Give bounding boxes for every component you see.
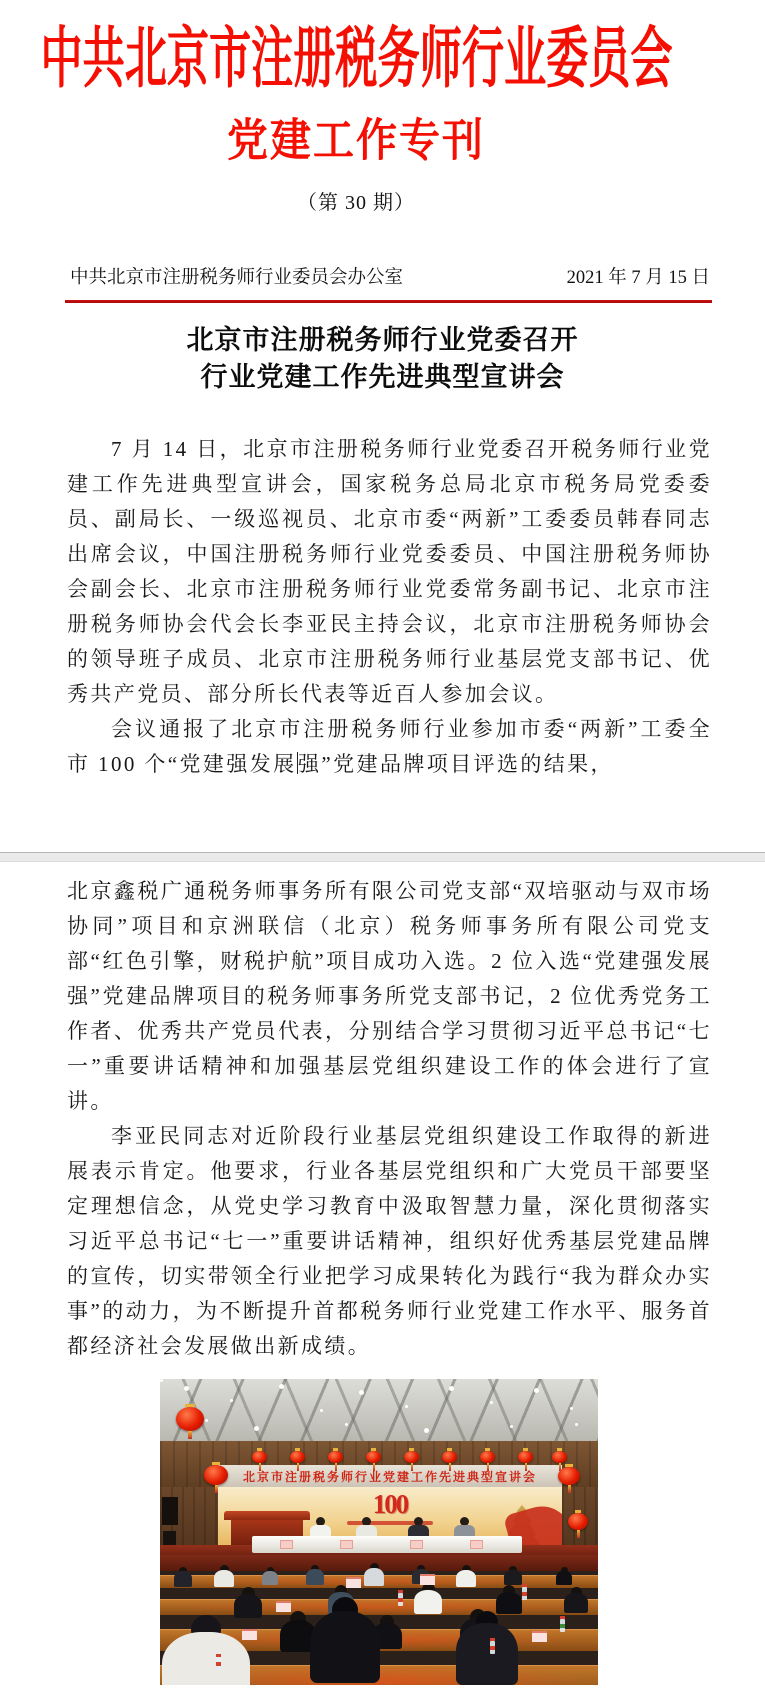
lantern-body [290, 1451, 305, 1463]
lantern-icon [366, 1451, 381, 1463]
lantern-icon [442, 1451, 457, 1463]
stage-name-card [410, 1540, 423, 1549]
lantern-body [480, 1451, 495, 1463]
document-page-2: 北京鑫税广通税务师事务所有限公司党支部“双培驱动与双市场协同”项目和京洲联信（北… [0, 874, 765, 1685]
lantern-body [552, 1451, 567, 1463]
bottle-label [522, 1592, 527, 1596]
conference-photo[interactable]: 北京市注册税务师行业党建工作先进典型宣讲会 100 [160, 1379, 598, 1685]
bottle-cap [216, 1654, 221, 1657]
publication-title-row: 党建工作专刊 [0, 114, 712, 166]
article-title[interactable]: 北京市注册税务师行业党委召开 行业党建工作先进典型宣讲会 [0, 322, 765, 396]
desk-name-card [276, 1601, 291, 1612]
lantern-body [558, 1467, 580, 1485]
speaker-box [162, 1497, 178, 1525]
publish-date[interactable]: 2021 年 7 月 15 日 [567, 263, 710, 289]
org-title-row: 中共北京市注册税务师行业委员会 [0, 22, 712, 100]
lantern-body [204, 1465, 228, 1485]
lantern-body [366, 1451, 381, 1463]
desk-name-card [346, 1577, 361, 1588]
masthead: 中共北京市注册税务师行业委员会 党建工作专刊 （第 30 期） [0, 0, 712, 215]
lantern-icon [568, 1513, 588, 1530]
bottle-label [398, 1598, 403, 1602]
audience-figure-body [162, 1632, 250, 1685]
audience-figure-body [414, 1590, 442, 1614]
photo-banner: 北京市注册税务师行业党建工作先进典型宣讲会 [218, 1465, 562, 1487]
bottle-label [216, 1662, 221, 1666]
lantern-body [568, 1513, 588, 1530]
stage-name-card [280, 1540, 293, 1549]
lantern-icon [480, 1451, 495, 1463]
audience-figure-body [214, 1570, 234, 1587]
bottle-cap [398, 1590, 403, 1593]
bottle-cap [490, 1638, 495, 1641]
audience-figure-body [364, 1568, 384, 1586]
stage-backdrop-screen: 北京市注册税务师行业党建工作先进典型宣讲会 100 [218, 1465, 562, 1547]
water-bottle [522, 1587, 527, 1600]
office-date-row: 中共北京市注册税务师行业委员会办公室 2021 年 7 月 15 日 [0, 263, 765, 289]
audience-figure-body [504, 1570, 522, 1585]
lantern-body [252, 1451, 267, 1463]
wooden-desk-row [160, 1599, 598, 1615]
audience-figure-body [456, 1570, 476, 1587]
ceiling-lights [160, 1379, 163, 1382]
issue-number[interactable]: （第 30 期） [0, 186, 712, 215]
desk-name-card [242, 1629, 257, 1640]
lantern-icon [404, 1451, 419, 1463]
water-bottle [216, 1657, 221, 1670]
lantern-icon [176, 1407, 204, 1431]
lantern-icon [204, 1465, 228, 1485]
lantern-body [176, 1407, 204, 1431]
lantern-icon [518, 1451, 533, 1463]
article-body-page2: 北京鑫税广通税务师事务所有限公司党支部“双培驱动与双市场协同”项目和京洲联信（北… [67, 874, 712, 1364]
audience-figure-body [234, 1594, 262, 1618]
water-bottle [560, 1619, 565, 1632]
publication-title[interactable]: 党建工作专刊 [227, 114, 485, 167]
desk-name-card [532, 1631, 547, 1642]
office-name[interactable]: 中共北京市注册税务师行业委员会办公室 [70, 263, 403, 289]
audience-figure-body [496, 1592, 522, 1614]
audience-figure-body [310, 1611, 380, 1683]
stage-table [252, 1536, 522, 1553]
document-page-1: 中共北京市注册税务师行业委员会 党建工作专刊 （第 30 期） 中共北京市注册税… [0, 0, 765, 852]
audience-area [160, 1571, 598, 1685]
article-body-page1: 7 月 14 日，北京市注册税务师行业党委召开税务师行业党建工作先进典型宣讲会，… [67, 432, 712, 782]
photo-banner-text: 北京市注册税务师行业党建工作先进典型宣讲会 [243, 1468, 537, 1485]
masthead-red-rule [65, 300, 712, 303]
audience-figure-body [456, 1623, 518, 1685]
lantern-icon [328, 1451, 343, 1463]
page-break-divider [0, 852, 765, 862]
bottle-label [560, 1624, 565, 1628]
bottle-cap [560, 1616, 565, 1619]
anniversary-100-logo: 100 [373, 1490, 408, 1518]
bottle-label [490, 1646, 495, 1650]
paragraph-2-start[interactable]: 会议通报了北京市注册税务师行业参加市委“两新”工委全市 100 个“党建强发展强… [67, 712, 712, 782]
desk-name-card [420, 1574, 435, 1585]
paragraph-2-continued[interactable]: 北京鑫税广通税务师事务所有限公司党支部“双培驱动与双市场协同”项目和京洲联信（北… [67, 874, 712, 1119]
article-title-line2: 行业党建工作先进典型宣讲会 [0, 359, 765, 396]
stage-name-card [340, 1540, 353, 1549]
lantern-body [518, 1451, 533, 1463]
audience-figure-body [262, 1571, 278, 1585]
tiananmen-roof [224, 1511, 310, 1520]
bottle-cap [522, 1584, 527, 1587]
article-title-line1: 北京市注册税务师行业党委召开 [0, 322, 765, 359]
paragraph-2-after-cursor: 强”党建品牌项目评选的结果， [298, 752, 614, 776]
lantern-icon [558, 1467, 580, 1485]
lantern-body [442, 1451, 457, 1463]
audience-figure-body [174, 1571, 192, 1587]
stage-name-card [470, 1540, 483, 1549]
lantern-icon [252, 1451, 267, 1463]
audience-figure-body [564, 1593, 588, 1613]
water-bottle [398, 1593, 403, 1606]
paragraph-3[interactable]: 李亚民同志对近阶段行业基层党组织建设工作取得的新进展表示肯定。他要求，行业各基层… [67, 1119, 712, 1364]
lantern-icon [552, 1451, 567, 1463]
water-bottle [490, 1641, 495, 1654]
lantern-icon [290, 1451, 305, 1463]
paragraph-1[interactable]: 7 月 14 日，北京市注册税务师行业党委召开税务师行业党建工作先进典型宣讲会，… [67, 432, 712, 712]
audience-figure-body [556, 1571, 572, 1585]
photo-ceiling [160, 1379, 598, 1441]
audience-figure-body [306, 1569, 324, 1585]
lantern-body [328, 1451, 343, 1463]
org-title[interactable]: 中共北京市注册税务师行业委员会 [40, 25, 672, 96]
lantern-body [404, 1451, 419, 1463]
